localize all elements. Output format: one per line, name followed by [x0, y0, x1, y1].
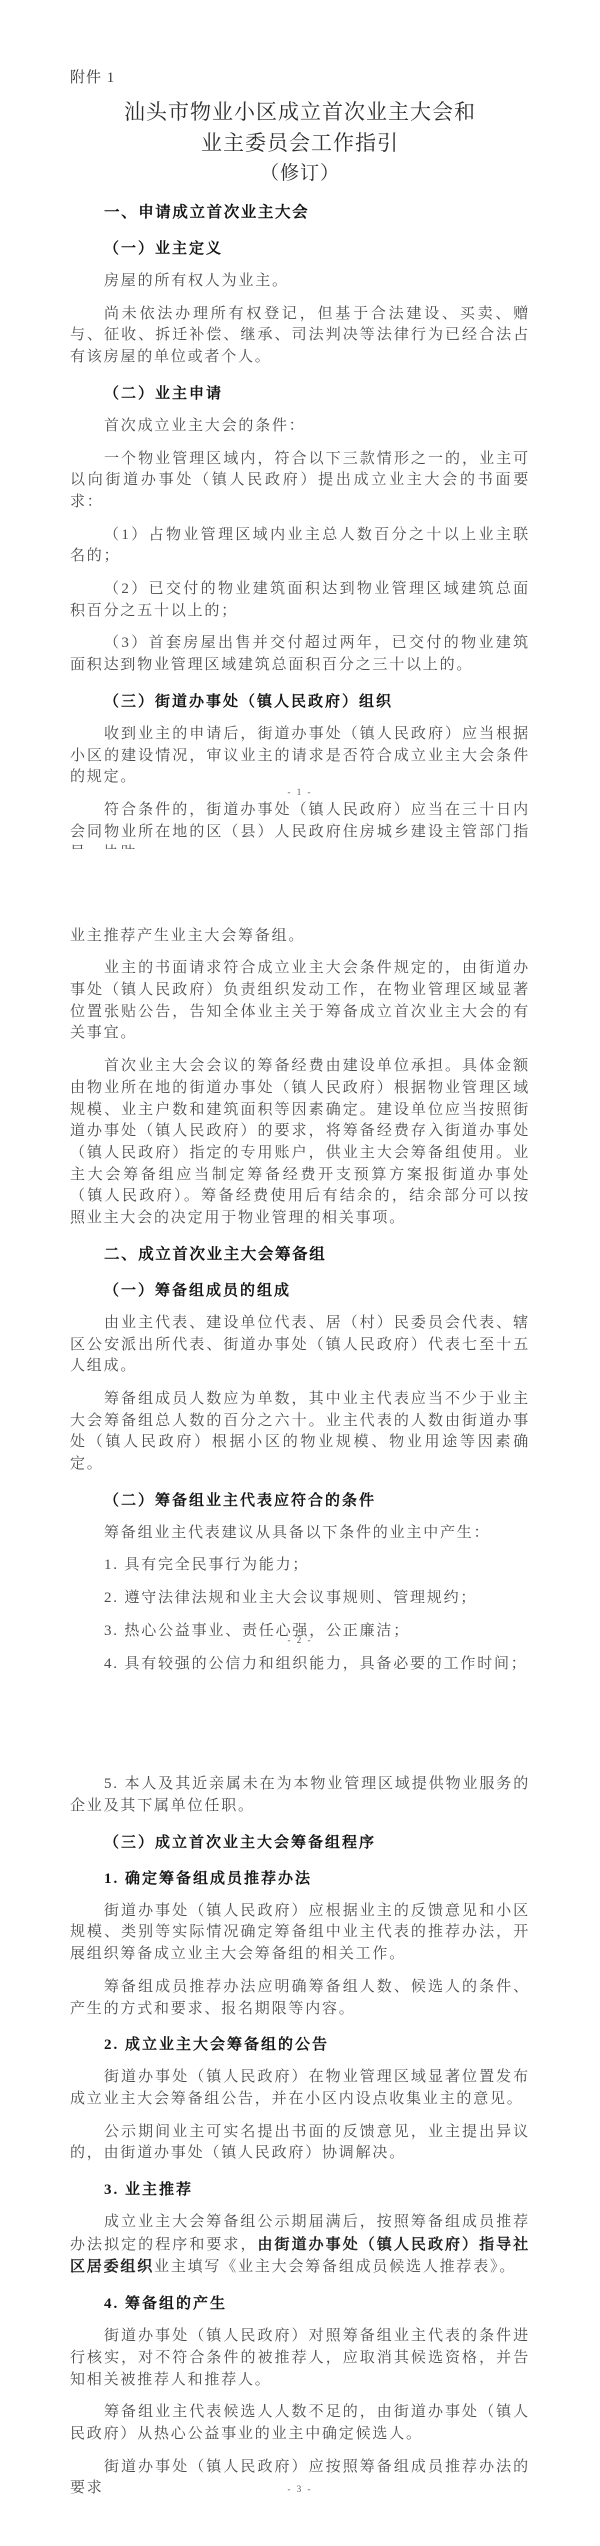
paragraph: 首次成立业主大会的条件：: [70, 416, 530, 438]
subsection-heading: （一）业主定义: [70, 238, 530, 260]
paragraph: 公示期间业主可实名提出书面的反馈意见，业主提出异议的，由街道办事处（镇人民政府）…: [70, 2122, 530, 2165]
numbered-heading: 3. 业主推荐: [70, 2179, 530, 2201]
document-title-line-2: 业主委员会工作指引: [70, 128, 530, 159]
paragraph: 筹备组业主代表建议从具备以下条件的业主中产生：: [70, 1523, 530, 1545]
paragraph: 房屋的所有权人为业主。: [70, 271, 530, 293]
subsection-heading: （三）成立首次业主大会筹备组程序: [70, 1832, 530, 1854]
attachment-label: 附件 1: [70, 66, 530, 87]
subsection-heading: （二）筹备组业主代表应符合的条件: [70, 1490, 530, 1512]
page-number: - 3 -: [0, 2484, 600, 2494]
document-subtitle: （修订）: [70, 159, 530, 188]
list-item: （3）首套房屋出售并交付超过两年，已交付的物业建筑面积达到物业管理区域建筑总面积…: [70, 633, 530, 676]
subsection-heading: （一）筹备组成员的组成: [70, 1280, 530, 1302]
paragraph: 一个物业管理区域内，符合以下三款情形之一的，业主可以向街道办事处（镇人民政府）提…: [70, 449, 530, 514]
paragraph: 业主的书面请求符合成立业主大会条件规定的，由街道办事处（镇人民政府）负责组织发动…: [70, 958, 530, 1045]
paragraph: 尚未依法办理所有权登记，但基于合法建设、买卖、赠与、征收、拆迁补偿、继承、司法判…: [70, 304, 530, 369]
section-heading-1: 一、申请成立首次业主大会: [70, 202, 530, 224]
list-item: 5. 本人及其近亲属未在为本物业管理区域提供物业服务的企业及其下属单位任职。: [70, 1774, 530, 1817]
paragraph-with-emphasis: 成立业主大会筹备组公示期届满后，按照筹备组成员推荐办法拟定的程序和要求，由街道办…: [70, 2212, 530, 2279]
paragraph: 首次业主大会会议的筹备经费由建设单位承担。具体金额由物业所在地的街道办事处（镇人…: [70, 1056, 530, 1230]
paragraph-run: 业主填写《业主大会筹备组成员候选人推荐表》。: [154, 2259, 516, 2275]
subsection-heading: （三）街道办事处（镇人民政府）组织: [70, 691, 530, 713]
list-item: 1. 具有完全民事行为能力；: [70, 1555, 530, 1577]
list-item: 2. 遵守法律法规和业主大会议事规则、管理规约；: [70, 1588, 530, 1610]
document-title-line-1: 汕头市物业小区成立首次业主大会和: [70, 97, 530, 128]
document-scroll: 附件 1 汕头市物业小区成立首次业主大会和 业主委员会工作指引 （修订） 一、申…: [0, 0, 600, 2546]
paragraph: 街道办事处（镇人民政府）对照筹备组业主代表的条件进行核实，对不符合条件的被推荐人…: [70, 2326, 530, 2391]
page-number: - 2 -: [0, 1635, 600, 1645]
numbered-heading: 1. 确定筹备组成员推荐办法: [70, 1868, 530, 1890]
numbered-heading: 4. 筹备组的产生: [70, 2293, 530, 2315]
paragraph: 由业主代表、建设单位代表、居（村）民委员会代表、辖区公安派出所代表、街道办事处（…: [70, 1313, 530, 1378]
paragraph: 筹备组业主代表候选人人数不足的，由街道办事处（镇人民政府）从热心公益事业的业主中…: [70, 2402, 530, 2445]
paragraph: 街道办事处（镇人民政府）在物业管理区域显著位置发布成立业主大会筹备组公告，并在小…: [70, 2067, 530, 2110]
page-3: 5. 本人及其近亲属未在为本物业管理区域提供物业服务的企业及其下属单位任职。 （…: [0, 1697, 600, 2546]
paragraph: 街道办事处（镇人民政府）应根据业主的反馈意见和小区规模、类别等实际情况确定筹备组…: [70, 1901, 530, 1966]
page-1: 附件 1 汕头市物业小区成立首次业主大会和 业主委员会工作指引 （修订） 一、申…: [0, 0, 600, 849]
paragraph: 符合条件的，街道办事处（镇人民政府）应当在三十日内会同物业所在地的区（县）人民政…: [70, 800, 530, 849]
section-heading-2: 二、成立首次业主大会筹备组: [70, 1244, 530, 1266]
list-item: 4. 具有较强的公信力和组织能力，具备必要的工作时间；: [70, 1654, 530, 1676]
subsection-heading: （二）业主申请: [70, 383, 530, 405]
paragraph: 收到业主的申请后，街道办事处（镇人民政府）应当根据小区的建设情况，审议业主的请求…: [70, 724, 530, 789]
list-item: （1）占物业管理区域内业主总人数百分之十以上业主联名的；: [70, 525, 530, 568]
list-item: （2）已交付的物业建筑面积达到物业管理区域建筑总面积百分之五十以上的；: [70, 579, 530, 622]
paragraph-continuation: 业主推荐产生业主大会筹备组。: [70, 926, 530, 948]
paragraph: 筹备组成员推荐办法应明确筹备组人数、候选人的条件、产生的方式和要求、报名期限等内…: [70, 1977, 530, 2020]
page-number: - 1 -: [0, 787, 600, 797]
numbered-heading: 2. 成立业主大会筹备组的公告: [70, 2034, 530, 2056]
page-2: 业主推荐产生业主大会筹备组。 业主的书面请求符合成立业主大会条件规定的，由街道办…: [0, 849, 600, 1698]
paragraph: 筹备组成员人数应为单数，其中业主代表应当不少于业主大会筹备组总人数的百分之六十。…: [70, 1389, 530, 1476]
